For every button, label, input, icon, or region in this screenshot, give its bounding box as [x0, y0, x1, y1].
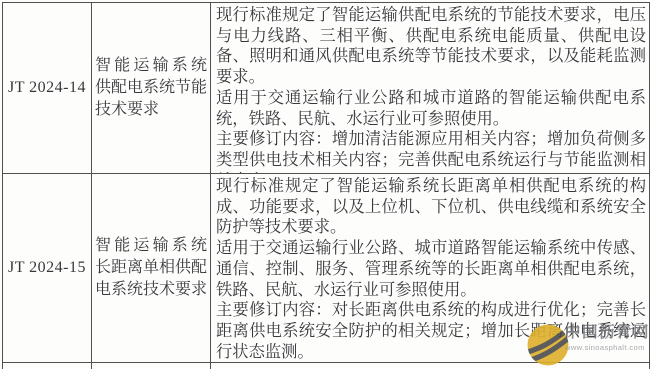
cutoff-row-cell: [92, 363, 211, 368]
description-paragraph: 主要修订内容：对长距离供电系统的构成进行优化；完善长距离供电系统安全防护的相关规…: [216, 300, 646, 362]
standards-table: JT 2024-14 智能运输系统 供配电系统节能 技术要求 现行标准规定了智能…: [2, 2, 650, 368]
description-paragraph: 现行标准规定了智能运输系统长距离单相供配电系统的构成、功能要求，以及上位机、下位…: [216, 176, 646, 238]
standard-name: 智能运输系统 长距离单相供配 电系统技术要求: [92, 174, 211, 363]
cutoff-row-cell: [3, 363, 92, 368]
description-paragraph: 现行标准规定了智能运输供配电系统的节能技术要求，电压与电力线路、三相平衡、供配电…: [216, 5, 646, 88]
standard-name-text: 智能运输系统 供配电系统节能 技术要求: [95, 55, 207, 121]
description-paragraph: 适用于交通运输行业公路和城市道路的智能运输供配电系统，铁路、民航、水运行业可参照…: [216, 88, 646, 129]
description-paragraph: 适用于交通运输行业公路、城市道路智能运输系统中传感、通信、控制、服务、管理系统等…: [216, 238, 646, 300]
standard-code: JT 2024-15: [3, 174, 92, 363]
description-paragraph: 主要修订内容：增加清洁能源应用相关内容；增加负荷侧多类型供电技术相关内容；完善供…: [216, 129, 646, 174]
standard-code: JT 2024-14: [3, 3, 92, 174]
standard-description: 现行标准规定了智能运输供配电系统的节能技术要求，电压与电力线路、三相平衡、供配电…: [211, 3, 650, 174]
standard-name-text: 智能运输系统 长距离单相供配 电系统技术要求: [95, 235, 207, 301]
cutoff-row-cell: [211, 363, 650, 368]
standard-description: 现行标准规定了智能运输系统长距离单相供配电系统的构成、功能要求，以及上位机、下位…: [211, 174, 650, 363]
standard-name: 智能运输系统 供配电系统节能 技术要求: [92, 3, 211, 174]
